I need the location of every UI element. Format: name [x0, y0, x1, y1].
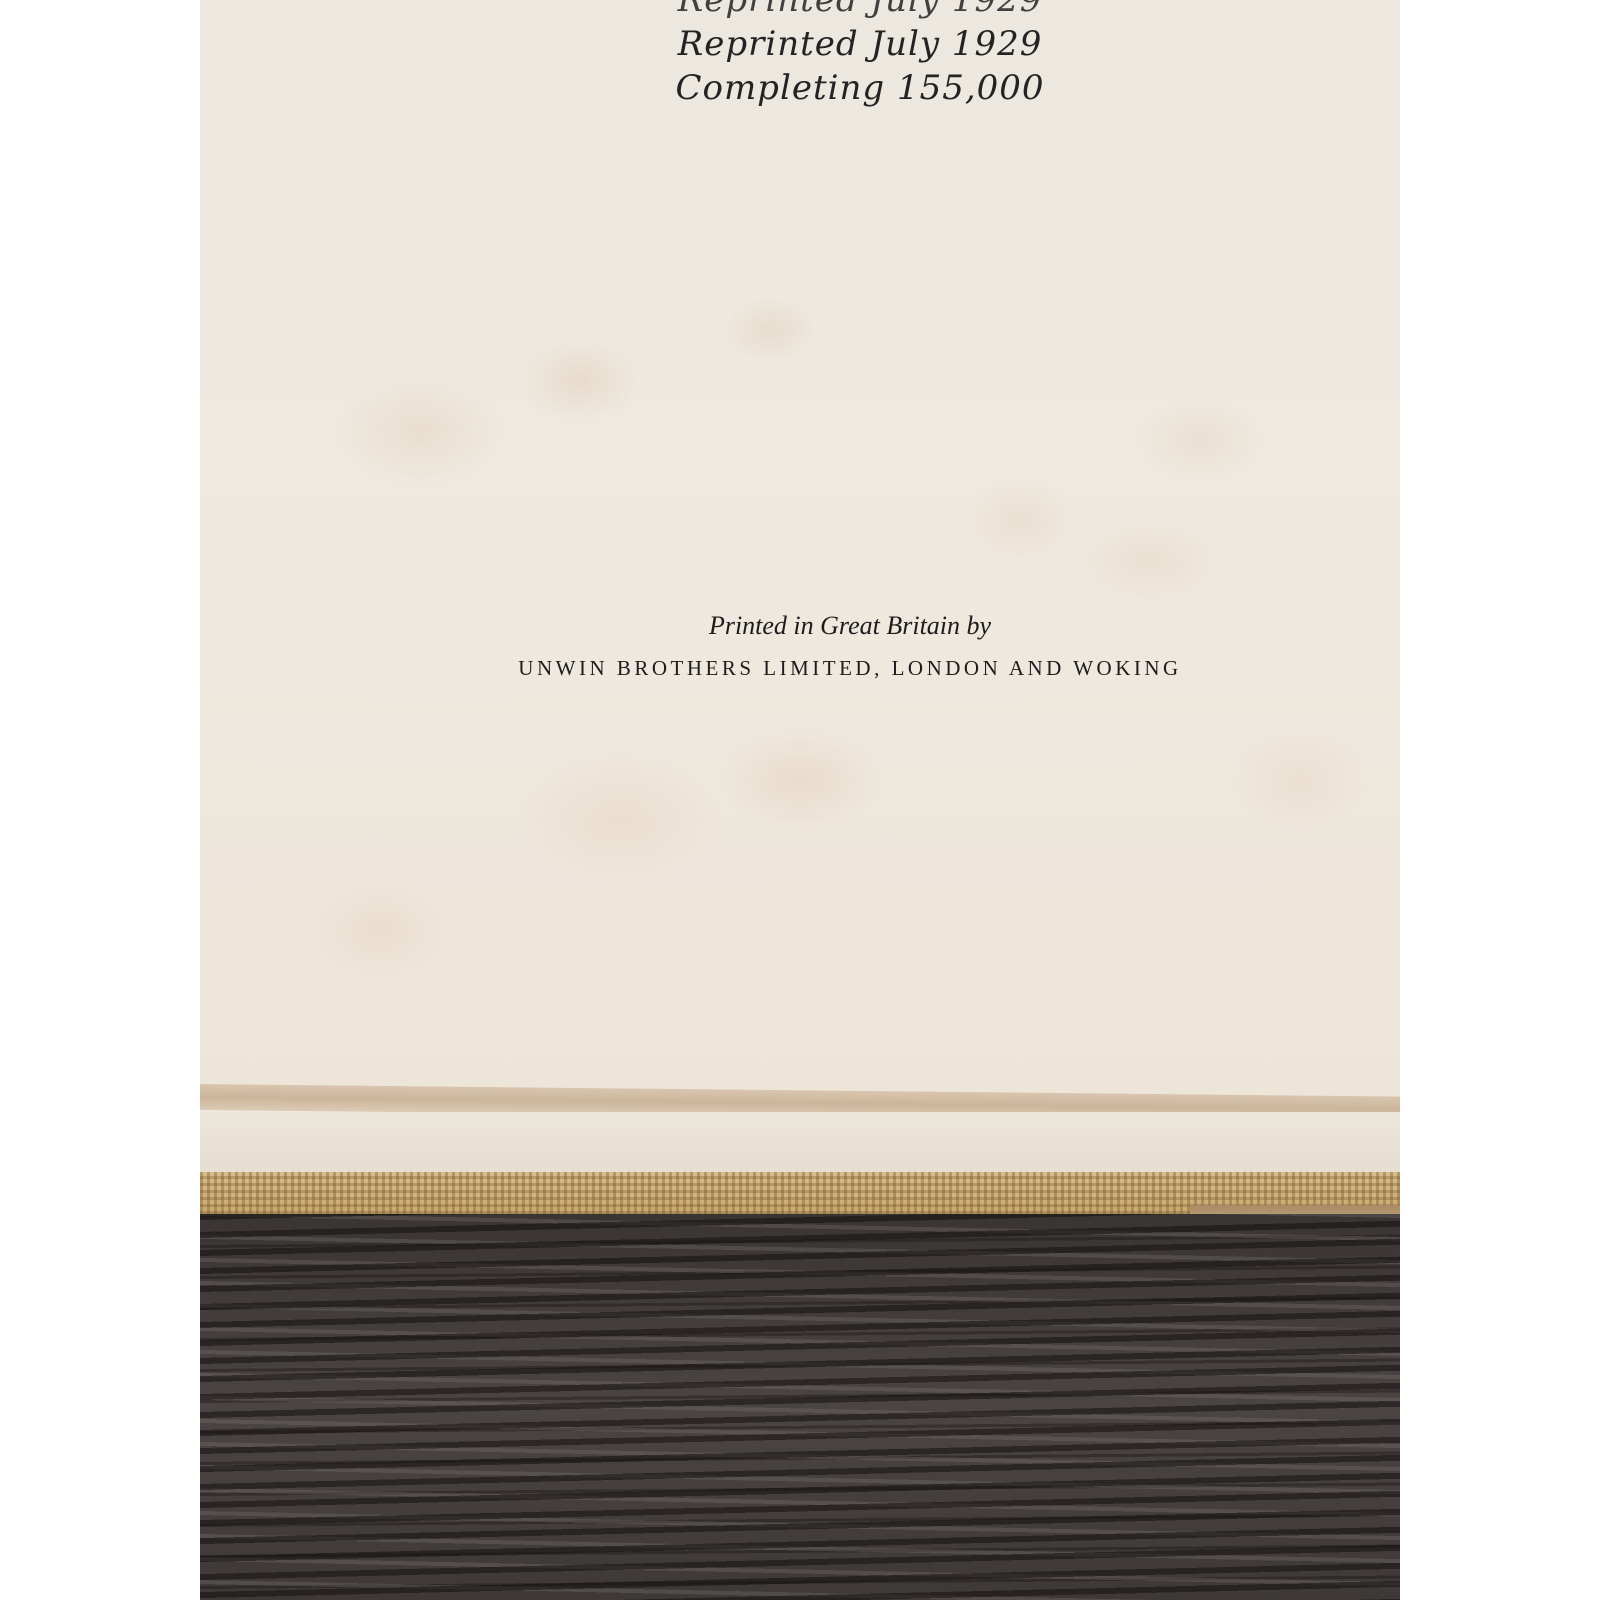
- reprint-line: Reprinted July 1929: [660, 0, 1060, 22]
- paper-page: Reprinted July 1929 Reprinted July 1929 …: [200, 0, 1400, 1110]
- reprint-line: Reprinted July 1929: [660, 22, 1060, 66]
- printer-name: UNWIN BROTHERS LIMITED, LONDON AND WOKIN…: [450, 648, 1250, 688]
- printed-in-label: Printed in Great Britain by: [450, 608, 1250, 644]
- book-page-photo: Reprinted July 1929 Reprinted July 1929 …: [200, 0, 1400, 1600]
- endpaper-edge: [200, 1112, 1400, 1172]
- wood-surface: [200, 1214, 1400, 1600]
- printer-imprint: Printed in Great Britain by UNWIN BROTHE…: [450, 608, 1250, 688]
- reprint-history: Reprinted July 1929 Reprinted July 1929 …: [660, 0, 1060, 110]
- print-run-total: Completing 155,000: [660, 66, 1060, 110]
